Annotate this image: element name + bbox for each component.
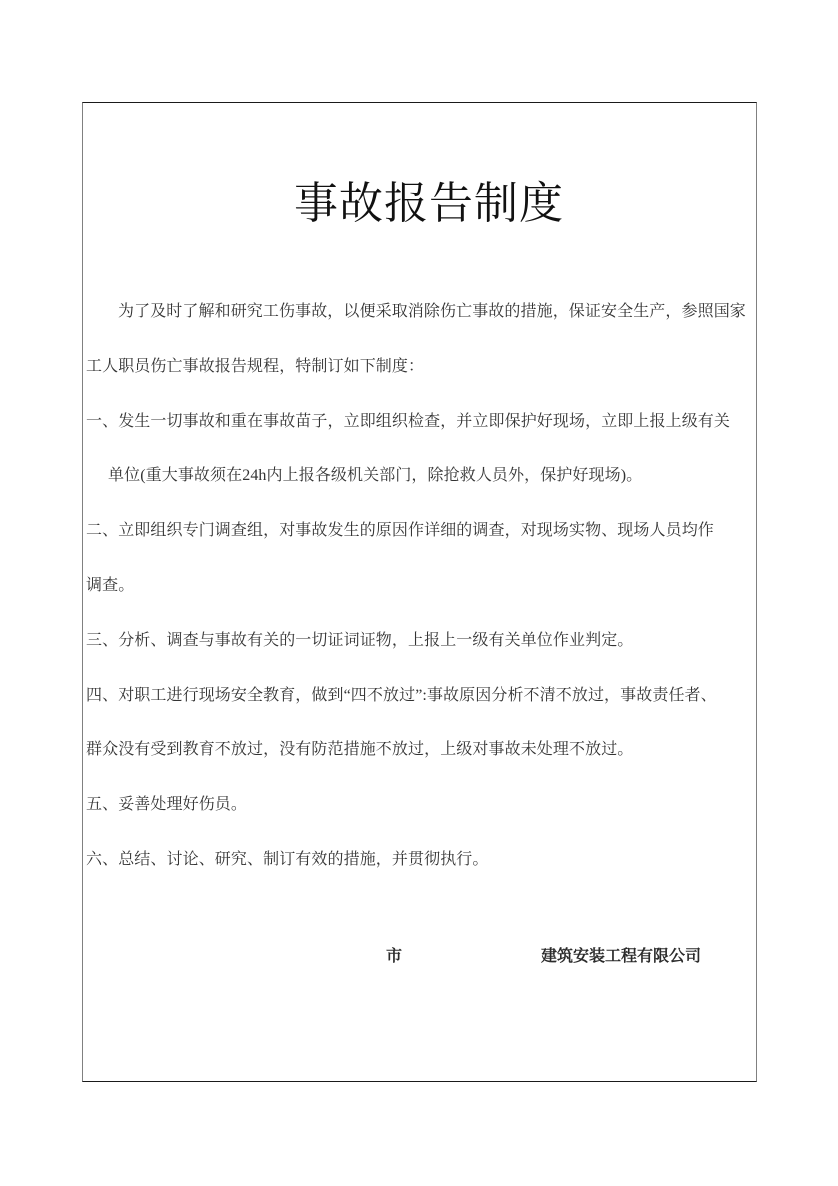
clause-5-line: 五、妥善处理好伤员。 bbox=[86, 795, 751, 850]
clause-2-line-1: 二、立即组织专门调查组，对事故发生的原因作详细的调查，对现场实物、现场人员均作 bbox=[86, 521, 751, 576]
signature-line: 市建筑安装工程有限公司 bbox=[386, 946, 701, 968]
document-page-frame: 事故报告制度 为了及时了解和研究工伤事故，以便采取消除伤亡事故的措施，保证安全生… bbox=[82, 102, 757, 1082]
clause-3-line: 三、分析、调查与事故有关的一切证词证物，上报上一级有关单位作业判定。 bbox=[86, 631, 751, 686]
signature-company-name: 建筑安装工程有限公司 bbox=[541, 948, 701, 965]
document-canvas: { "document": { "title": "事故报告制度", "line… bbox=[0, 0, 838, 1186]
signature-city-prefix: 市 bbox=[386, 948, 402, 965]
clause-4-line-1: 四、对职工进行现场安全教育，做到“四不放过”:事故原因分析不清不放过，事故责任者… bbox=[86, 686, 751, 741]
clause-1-line-2: 单位(重大事故须在24h内上报各级机关部门，除抢救人员外，保护好现场)。 bbox=[86, 466, 751, 521]
intro-line-2: 工人职员伤亡事故报告规程，特制订如下制度： bbox=[86, 357, 751, 412]
clause-1-line-1: 一、发生一切事故和重在事故苗子，立即组织检查，并立即保护好现场，立即上报上级有关 bbox=[86, 412, 751, 467]
intro-line-1: 为了及时了解和研究工伤事故，以便采取消除伤亡事故的措施，保证安全生产，参照国家 bbox=[86, 302, 751, 357]
clause-2-line-2: 调查。 bbox=[86, 576, 751, 631]
clause-4-line-2: 群众没有受到教育不放过，没有防范措施不放过，上级对事故未处理不放过。 bbox=[86, 740, 751, 795]
clause-6-line: 六、总结、讨论、研究、制订有效的措施，并贯彻执行。 bbox=[86, 850, 751, 905]
document-body: 为了及时了解和研究工伤事故，以便采取消除伤亡事故的措施，保证安全生产，参照国家 … bbox=[86, 302, 751, 905]
document-title: 事故报告制度 bbox=[83, 167, 756, 231]
